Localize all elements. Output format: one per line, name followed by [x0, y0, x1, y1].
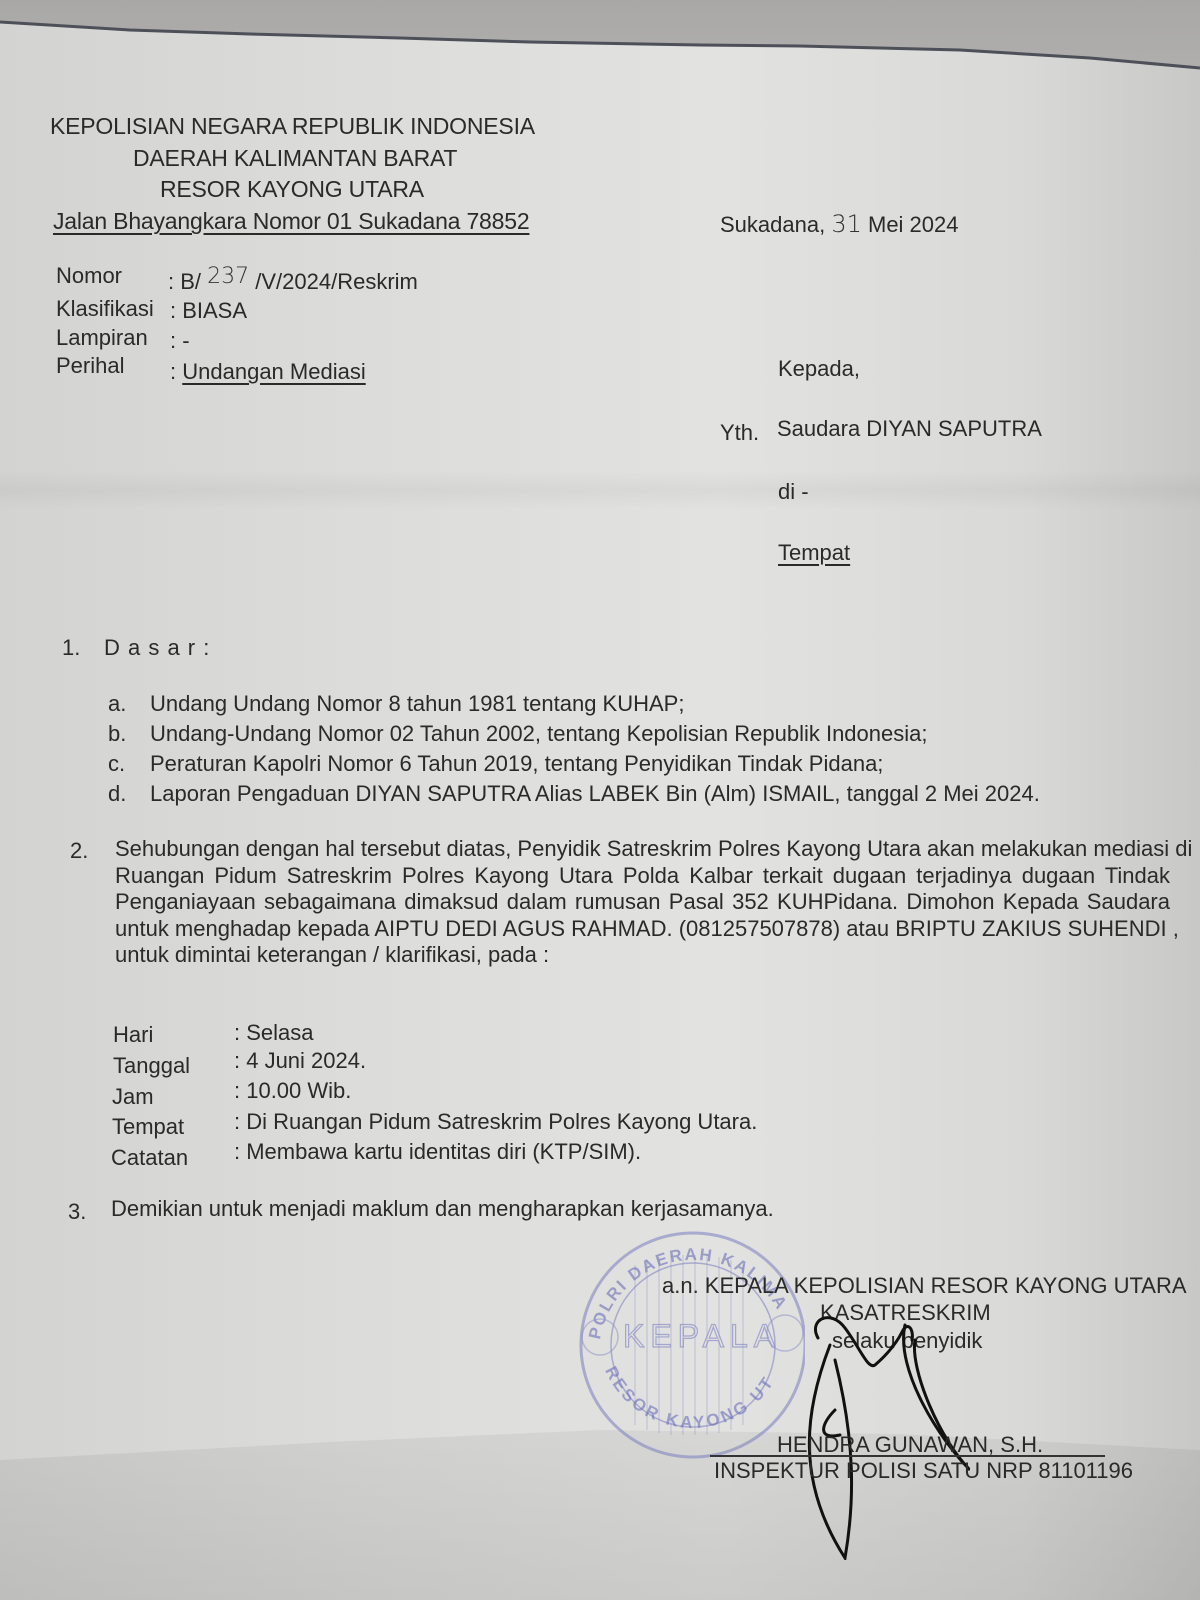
section1-number: 1.	[62, 637, 80, 659]
nomor-prefix: : B/	[168, 269, 201, 294]
recipient-name: Saudara DIYAN SAPUTRA	[777, 418, 1042, 440]
schedule-value: : Selasa	[234, 1022, 314, 1044]
dasar-item-text: Peraturan Kapolri Nomor 6 Tahun 2019, te…	[150, 753, 883, 775]
recipient-tempat: Tempat	[778, 542, 850, 564]
section2-paragraph: Sehubungan dengan hal tersebut diatas, P…	[115, 836, 1170, 969]
schedule-value: : 4 Juni 2024.	[234, 1050, 366, 1072]
yth-label: Yth.	[720, 422, 759, 444]
lampiran-label: Lampiran	[56, 327, 148, 349]
recipient-di: di -	[778, 481, 809, 503]
letter-date: Sukadana, 31 Mei 2024	[720, 212, 959, 236]
paper-top-edge	[0, 0, 1200, 80]
paragraph-line: untuk menghadap kepada AIPTU DEDI AGUS R…	[115, 916, 1170, 943]
dasar-item-letter: b.	[108, 723, 126, 745]
paragraph-line: untuk dimintai keterangan / klarifikasi,…	[115, 942, 1170, 969]
dasar-item-text: Undang-Undang Nomor 02 Tahun 2002, tenta…	[150, 723, 927, 745]
handwritten-signature	[790, 1300, 970, 1560]
perihal-value: : Undangan Mediasi	[170, 361, 366, 383]
letterhead-address: Jalan Bhayangkara Nomor 01 Sukadana 7885…	[53, 210, 529, 233]
signer-rank-nrp: INSPEKTUR POLISI SATU NRP 81101196	[714, 1460, 1133, 1482]
stamp-center-text: KEPALA	[623, 1318, 781, 1354]
schedule-label: Catatan	[111, 1147, 188, 1169]
lampiran-value: : -	[170, 330, 190, 352]
section1-title: D a s a r :	[104, 637, 210, 659]
paragraph-line: Ruangan Pidum Satreskrim Polres Kayong U…	[115, 863, 1170, 890]
schedule-value: : 10.00 Wib.	[234, 1080, 351, 1102]
nomor-label: Nomor	[56, 265, 122, 287]
dasar-item-text: Laporan Pengaduan DIYAN SAPUTRA Alias LA…	[150, 783, 1040, 805]
schedule-label: Tempat	[112, 1116, 184, 1138]
perihal-label: Perihal	[56, 355, 124, 377]
dasar-item-letter: a.	[108, 693, 126, 715]
section3-number: 3.	[68, 1201, 86, 1223]
official-stamp: POLRI DAERAH KALIMANTAN BARAT RESOR KAYO…	[575, 1205, 805, 1465]
date-month-year: Mei 2024	[868, 212, 959, 237]
paragraph-line: Penganiayaan sebagaimana dimaksud dalam …	[115, 889, 1170, 916]
schedule-value: : Di Ruangan Pidum Satreskrim Polres Kay…	[234, 1111, 757, 1133]
schedule-label: Tanggal	[113, 1055, 190, 1077]
schedule-value: : Membawa kartu identitas diri (KTP/SIM)…	[234, 1141, 641, 1163]
paragraph-line: Sehubungan dengan hal tersebut diatas, P…	[115, 836, 1170, 863]
nomor-suffix: /V/2024/Reskrim	[255, 269, 418, 294]
perihal-colon: :	[170, 359, 176, 384]
kepada-label: Kepada,	[778, 358, 860, 380]
date-place: Sukadana,	[720, 212, 825, 237]
signer-name: HENDRA GUNAWAN, S.H.	[777, 1434, 1043, 1456]
letterhead-line2: DAERAH KALIMANTAN BARAT	[133, 147, 457, 170]
nomor-handwritten: 237	[207, 264, 249, 289]
klasifikasi-value: : BIASA	[170, 300, 247, 322]
signature-line	[710, 1455, 1105, 1457]
perihal-text: Undangan Mediasi	[182, 359, 365, 384]
dasar-item-letter: d.	[108, 783, 126, 805]
dasar-item-letter: c.	[108, 753, 125, 775]
dasar-item-text: Undang Undang Nomor 8 tahun 1981 tentang…	[150, 693, 684, 715]
letterhead-line1: KEPOLISIAN NEGARA REPUBLIK INDONESIA	[50, 115, 535, 138]
schedule-label: Jam	[112, 1086, 154, 1108]
letterhead-line3: RESOR KAYONG UTARA	[160, 178, 424, 201]
signature-on-behalf: a.n. KEPALA KEPOLISIAN RESOR KAYONG UTAR…	[662, 1275, 1187, 1297]
schedule-label: Hari	[113, 1024, 153, 1046]
nomor-value: : B/ 237 /V/2024/Reskrim	[168, 271, 418, 294]
section2-number: 2.	[70, 840, 88, 862]
klasifikasi-label: Klasifikasi	[56, 298, 154, 320]
date-day-handwritten: 31	[831, 210, 862, 238]
paper-fold	[0, 470, 1200, 510]
